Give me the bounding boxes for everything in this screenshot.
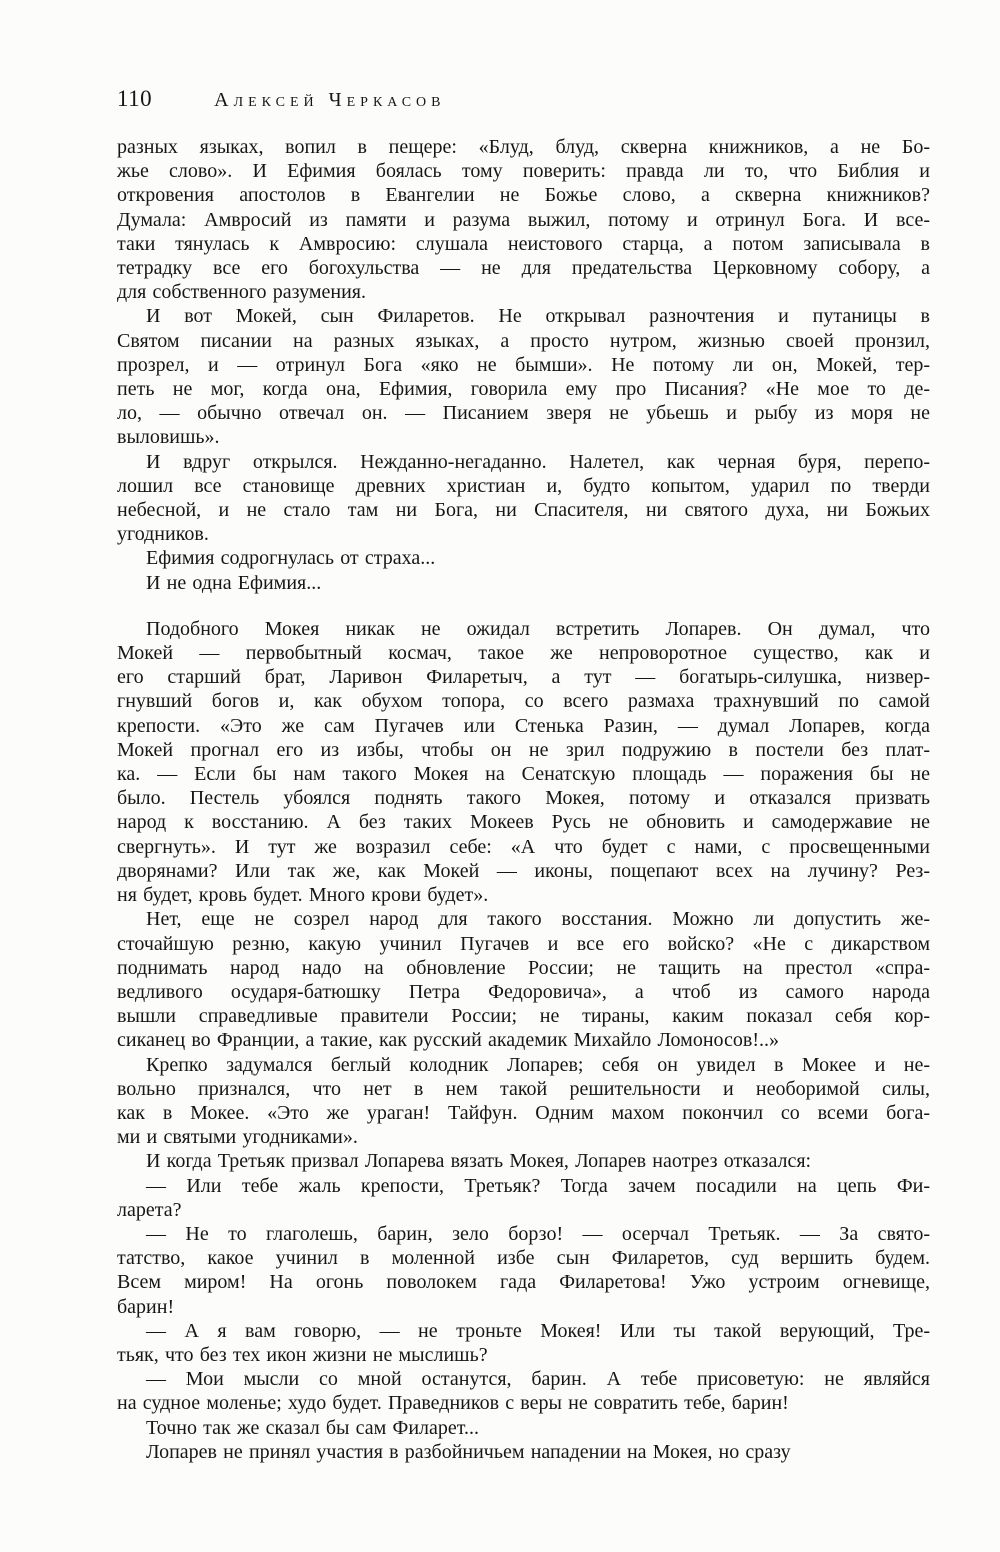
paragraph: Подобного Мокея никак не ожидал встретит… (117, 617, 930, 907)
text-line: ло, — обычно отвечал он. — Писанием звер… (117, 401, 930, 425)
text-line: угодников. (117, 522, 930, 546)
text-line: Нет, еще не созрел народ для такого восс… (117, 907, 930, 931)
paragraph: И не одна Ефимия... (117, 571, 930, 595)
page-number: 110 (117, 86, 152, 112)
paragraph: Нет, еще не созрел народ для такого восс… (117, 907, 930, 1052)
text-line: прозрел, и — отринул Бога «яко не бымши»… (117, 353, 930, 377)
dialogue-paragraph: — Или тебе жаль крепости, Третьяк? Тогда… (117, 1174, 930, 1222)
text-line: ми и святыми угодниками». (117, 1125, 930, 1149)
text-line: было. Пестель убоялся поднять такого Мок… (117, 786, 930, 810)
text-line: разных языках, вопил в пещере: «Блуд, бл… (117, 135, 930, 159)
text-line: тетрадку все его богохульства — не для п… (117, 256, 930, 280)
text-line: — А я вам говорю, — не троньте Мокея! Ил… (117, 1319, 930, 1343)
paragraph: разных языках, вопил в пещере: «Блуд, бл… (117, 135, 930, 304)
author-name: Алексей Черкасов (214, 89, 445, 112)
text-line: Ефимия содрогнулась от страха... (117, 546, 930, 570)
running-header: 110 Алексей Черкасов (117, 86, 930, 114)
text-line: откровения апостолов в Евангелии не Божь… (117, 183, 930, 207)
text-line: ка. — Если бы нам такого Мокея на Сенатс… (117, 762, 930, 786)
text-line: Святом писании на разных языках, а прост… (117, 329, 930, 353)
text-line: — Мои мысли со мной останутся, барин. А … (117, 1367, 930, 1391)
text-line: как в Мокее. «Это же ураган! Тайфун. Одн… (117, 1101, 930, 1125)
paragraph: Крепко задумался беглый колодник Лопарев… (117, 1053, 930, 1150)
text-line: — Не то глаголешь, барин, зело борзо! — … (117, 1222, 930, 1246)
text-line: — Или тебе жаль крепости, Третьяк? Тогда… (117, 1174, 930, 1198)
dialogue-paragraph: — Мои мысли со мной останутся, барин. А … (117, 1367, 930, 1415)
text-line: вышли справедливые правители России; не … (117, 1004, 930, 1028)
paragraph: И вот Мокей, сын Филаретов. Не открывал … (117, 304, 930, 449)
dialogue-paragraph: — А я вам говорю, — не троньте Мокея! Ил… (117, 1319, 930, 1367)
text-line: свергнуть». И тут же возразил себе: «А ч… (117, 835, 930, 859)
text-line: Мокей прогнал его из избы, чтобы он не з… (117, 738, 930, 762)
text-line: И вдруг открылся. Нежданно-негаданно. На… (117, 450, 930, 474)
text-line: на судное моленье; худо будет. Праведник… (117, 1391, 930, 1415)
book-page: 110 Алексей Черкасов разных языках, вопи… (0, 0, 1000, 1552)
text-line: Думала: Амвросий из памяти и разума выжи… (117, 208, 930, 232)
text-line: татство, какое учинил в моленной избе сы… (117, 1246, 930, 1270)
text-line: для собственного разумения. (117, 280, 930, 304)
paragraph: И вдруг открылся. Нежданно-негаданно. На… (117, 450, 930, 547)
text-line: крепости. «Это же сам Пугачев или Стеньк… (117, 714, 930, 738)
text-line: Точно так же сказал бы сам Филарет... (117, 1416, 930, 1440)
text-line: выловишь». (117, 425, 930, 449)
text-line: ларета? (117, 1198, 930, 1222)
text-line: Лопарев не принял участия в разбойничьем… (117, 1440, 930, 1464)
page-content: 110 Алексей Черкасов разных языках, вопи… (117, 86, 930, 1464)
text-line: гнувший богов и, как обухом топора, со в… (117, 689, 930, 713)
paragraph: Лопарев не принял участия в разбойничьем… (117, 1440, 930, 1464)
body-text: разных языках, вопил в пещере: «Блуд, бл… (117, 135, 930, 1464)
text-line: Мокей — первобытный космач, такое же неп… (117, 641, 930, 665)
text-line: сточайшую резню, какую учинил Пугачев и … (117, 932, 930, 956)
text-line: барин! (117, 1295, 930, 1319)
text-line: И когда Третьяк призвал Лопарева вязать … (117, 1149, 930, 1173)
text-line: Всем миром! На огонь поволокем гада Фила… (117, 1270, 930, 1294)
text-line: таки тянулась к Амвросию: слушала неисто… (117, 232, 930, 256)
dialogue-paragraph: — Не то глаголешь, барин, зело борзо! — … (117, 1222, 930, 1319)
paragraph: Ефимия содрогнулась от страха... (117, 546, 930, 570)
text-line: ведливого осударя-батюшку Петра Федорови… (117, 980, 930, 1004)
text-line: Подобного Мокея никак не ожидал встретит… (117, 617, 930, 641)
text-line: небесной, и не стало там ни Бога, ни Спа… (117, 498, 930, 522)
text-line: Крепко задумался беглый колодник Лопарев… (117, 1053, 930, 1077)
text-line: народ к восстанию. А без таких Мокеев Ру… (117, 810, 930, 834)
text-line: И вот Мокей, сын Филаретов. Не открывал … (117, 304, 930, 328)
text-line: тьяк, что без тех икон жизни не мыслишь? (117, 1343, 930, 1367)
text-line: жье слово». И Ефимия боялась тому повери… (117, 159, 930, 183)
text-line: поднимать народ надо на обновление Росси… (117, 956, 930, 980)
text-line: сиканец во Франции, а такие, как русский… (117, 1028, 930, 1052)
text-line: петь не мог, когда она, Ефимия, говорила… (117, 377, 930, 401)
text-line: ня будет, кровь будет. Много крови будет… (117, 883, 930, 907)
text-line: его старший брат, Ларивон Филаретыч, а т… (117, 665, 930, 689)
text-line: И не одна Ефимия... (117, 571, 930, 595)
text-line: дворянами? Или так же, как Мокей — иконы… (117, 859, 930, 883)
paragraph: И когда Третьяк призвал Лопарева вязать … (117, 1149, 930, 1173)
text-line: вольно признался, что нет в нем такой ре… (117, 1077, 930, 1101)
text-line: лошил все становище древних христиан и, … (117, 474, 930, 498)
paragraph: Точно так же сказал бы сам Филарет... (117, 1416, 930, 1440)
